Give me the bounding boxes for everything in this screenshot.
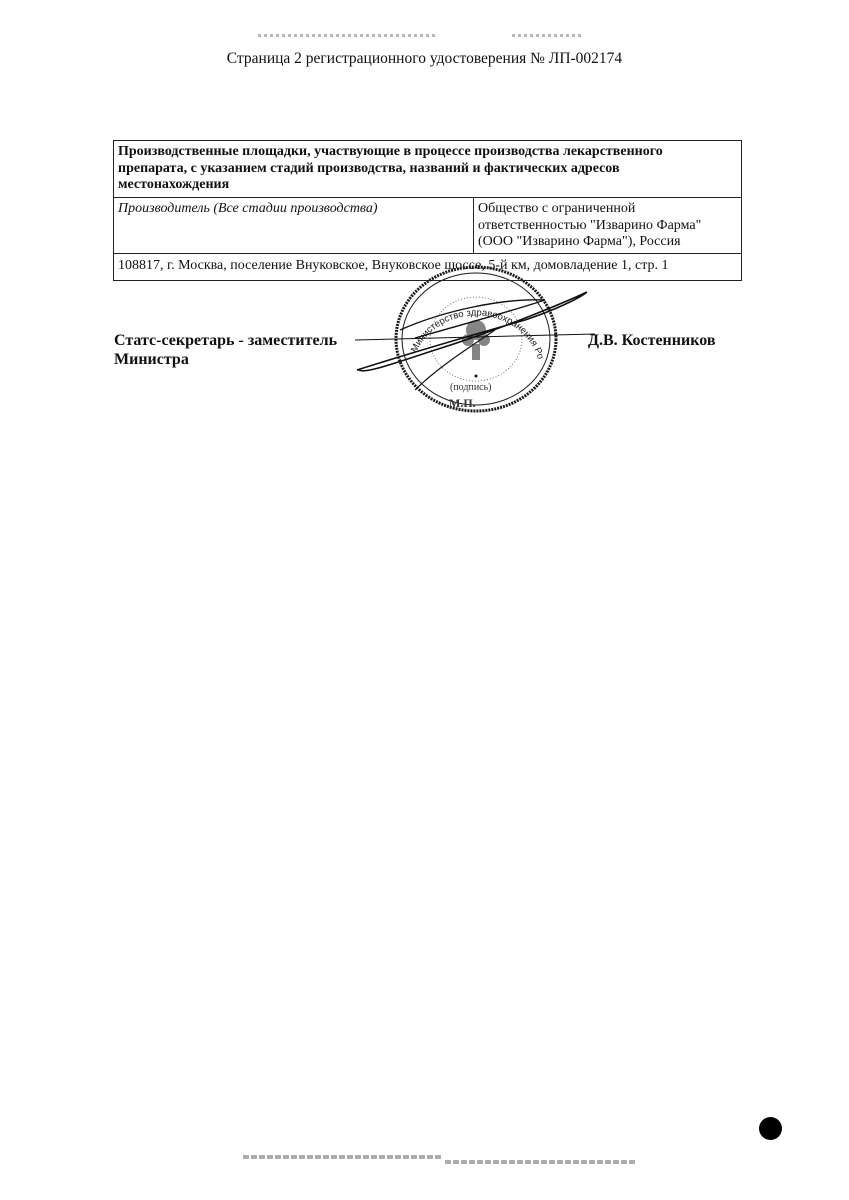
production-sites-table: Производственные площадки, участвующие в… (113, 140, 742, 281)
punch-hole-mark (759, 1117, 782, 1140)
seal-caption: М.П. (449, 396, 476, 411)
stamp-text: Министерство здравоохранения России (392, 264, 546, 361)
producer-role-cell: Производитель (Все стадии производства) (114, 198, 474, 254)
page-header: Страница 2 регистрационного удостоверени… (0, 50, 849, 68)
signer-position: Статс-секретарь - заместитель Министра (114, 331, 354, 369)
scan-artifact-bottom (445, 1160, 635, 1164)
signer-name: Д.В. Костенников (588, 331, 715, 350)
signature-caption: (подпись) (450, 382, 492, 393)
scan-artifact-bottom (243, 1155, 443, 1159)
scan-artifact-top (258, 34, 438, 37)
table-header-row: Производственные площадки, участвующие в… (114, 141, 742, 198)
svg-text:Министерство здравоохранения Р: Министерство здравоохранения России (392, 264, 546, 361)
producer-organization-cell: Общество с ограниченной ответственностью… (474, 198, 742, 254)
table-title: Производственные площадки, участвующие в… (114, 141, 742, 198)
table-row: Производитель (Все стадии производства) … (114, 198, 742, 254)
scan-artifact-top (512, 34, 582, 37)
